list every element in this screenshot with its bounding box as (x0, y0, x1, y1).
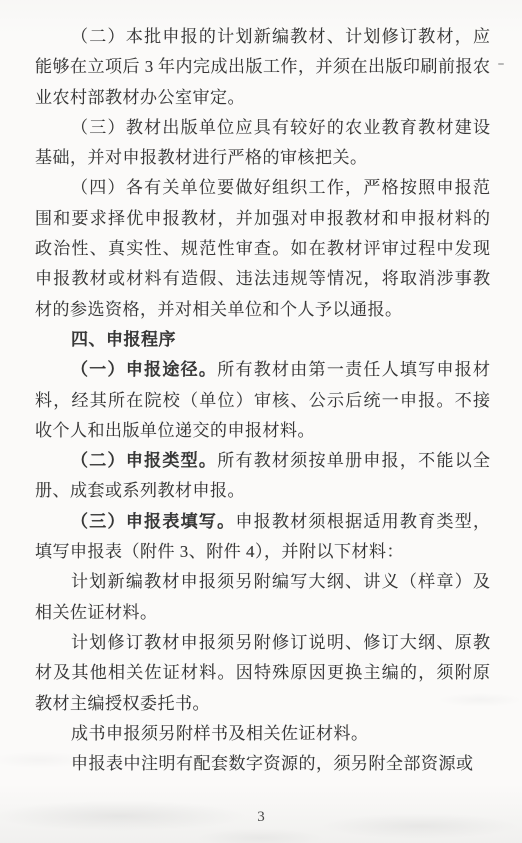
text-line: 相关佐证材料。 (35, 598, 490, 628)
text-line: 册、成套或系列教材申报。 (35, 476, 490, 506)
text-line: 四、申报程序 (35, 325, 490, 355)
text-line: 收个人和出版单位递交的申报材料。 (35, 416, 490, 446)
text-segment: （二）本批申报的计划新编教材、计划修订教材，应 (71, 27, 490, 46)
text-segment: 材及其他相关佐证材料。因特殊原因更换主编的，须附原 (35, 663, 490, 682)
text-segment: 材的参选资格，并对相关单位和个人予以通报。 (35, 300, 403, 319)
text-segment: 基础，并对申报教材进行严格的审核把关。 (35, 148, 368, 167)
text-segment: 收个人和出版单位递交的申报材料。 (35, 421, 315, 440)
text-line: （二）申报类型。所有教材须按单册申报，不能以全 (35, 446, 490, 476)
text-segment: 申报表中注明有配套数字资源的，须另附全部资源或 (71, 754, 474, 773)
text-segment: 册、成套或系列教材申报。 (35, 481, 245, 500)
text-segment-bold: （一）申报途径。 (71, 360, 217, 379)
text-segment: 填写申报表（附件 3、附件 4），并附以下材料： (35, 542, 404, 561)
text-segment: 成书申报须另附样书及相关佐证材料。 (71, 724, 369, 743)
text-segment: 所有教材由第一责任人填写申报材 (217, 360, 490, 379)
text-line: 申报表中注明有配套数字资源的，须另附全部资源或 (35, 749, 490, 779)
text-line: 业农村部教材办公室审定。 (35, 83, 490, 113)
text-line: 材及其他相关佐证材料。因特殊原因更换主编的，须附原 (35, 658, 490, 688)
text-segment: 围和要求择优申报教材，并加强对申报教材和申报材料的 (35, 209, 490, 228)
text-segment-bold: （三）申报表填写。 (71, 512, 235, 531)
text-line: 计划修订教材申报须另附修订说明、修订大纲、原教 (35, 628, 490, 658)
document-body: （二）本批申报的计划新编教材、计划修订教材，应能够在立项后 3 年内完成出版工作… (35, 22, 490, 779)
text-line: 材的参选资格，并对相关单位和个人予以通报。 (35, 295, 490, 325)
text-line: 申报教材或材料有造假、违法违规等情况，将取消涉事教 (35, 264, 490, 294)
text-segment-bold: （二）申报类型。 (71, 451, 217, 470)
document-page: （二）本批申报的计划新编教材、计划修订教材，应能够在立项后 3 年内完成出版工作… (0, 0, 522, 843)
text-segment: 教材主编授权委托书。 (35, 694, 210, 713)
text-segment: 申报教材须根据适用教育类型， (235, 512, 490, 531)
text-segment: 所有教材须按单册申报，不能以全 (217, 451, 490, 470)
text-segment: 相关佐证材料。 (35, 603, 158, 622)
text-segment-bold: 四、申报程序 (71, 330, 176, 349)
text-line: 基础，并对申报教材进行严格的审核把关。 (35, 143, 490, 173)
text-line: 围和要求择优申报教材，并加强对申报教材和申报材料的 (35, 204, 490, 234)
text-line: 计划新编教材申报须另附编写大纲、讲义（样章）及 (35, 567, 490, 597)
text-segment: 料，经其所在院校（单位）审核、公示后统一申报。不接 (35, 391, 490, 410)
text-line: 成书申报须另附样书及相关佐证材料。 (35, 719, 490, 749)
text-line: （一）申报途径。所有教材由第一责任人填写申报材 (35, 355, 490, 385)
text-line: （二）本批申报的计划新编教材、计划修订教材，应 (35, 22, 490, 52)
text-line: （三）教材出版单位应具有较好的农业教育教材建设 (35, 113, 490, 143)
text-line: 填写申报表（附件 3、附件 4），并附以下材料： (35, 537, 490, 567)
text-line: 政治性、真实性、规范性审查。如在教材评审过程中发现 (35, 234, 490, 264)
text-segment: （三）教材出版单位应具有较好的农业教育教材建设 (71, 118, 490, 137)
text-line: 能够在立项后 3 年内完成出版工作，并须在出版印刷前报农 (35, 52, 490, 82)
text-segment: 计划修订教材申报须另附修订说明、修订大纲、原教 (71, 633, 490, 652)
text-segment: （四）各有关单位要做好组织工作，严格按照申报范 (71, 178, 490, 197)
text-segment: 能够在立项后 3 年内完成出版工作，并须在出版印刷前报农 (35, 57, 490, 76)
text-line: （三）申报表填写。申报教材须根据适用教育类型， (35, 507, 490, 537)
text-segment: 业农村部教材办公室审定。 (35, 88, 245, 107)
scan-dot-artifact (498, 63, 504, 65)
page-number: 3 (0, 806, 522, 828)
text-line: 教材主编授权委托书。 (35, 689, 490, 719)
text-segment: 申报教材或材料有造假、违法违规等情况，将取消涉事教 (35, 269, 490, 288)
text-line: （四）各有关单位要做好组织工作，严格按照申报范 (35, 173, 490, 203)
text-segment: 计划新编教材申报须另附编写大纲、讲义（样章）及 (71, 572, 490, 591)
text-segment: 政治性、真实性、规范性审查。如在教材评审过程中发现 (35, 239, 490, 258)
text-line: 料，经其所在院校（单位）审核、公示后统一申报。不接 (35, 386, 490, 416)
